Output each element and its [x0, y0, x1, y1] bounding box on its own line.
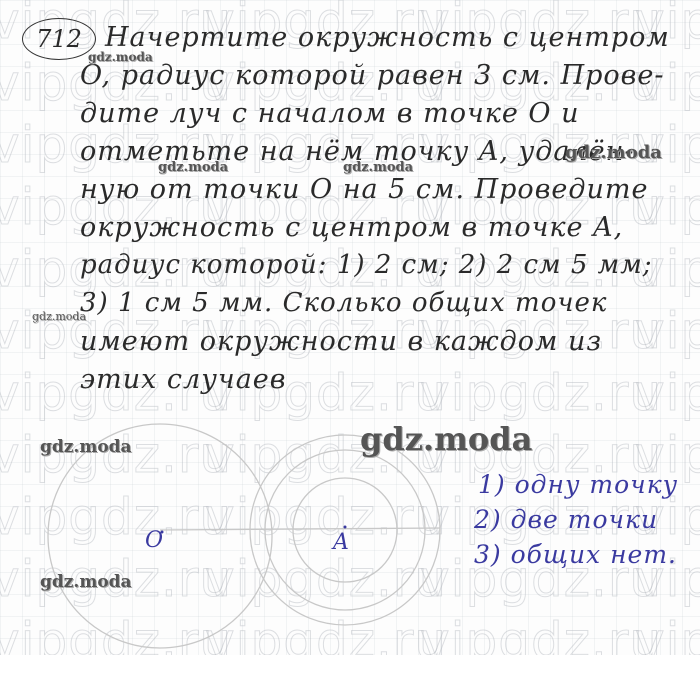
- answer-1: 1) одну точку: [478, 470, 678, 499]
- gdz-watermark: gdz.moda: [88, 50, 153, 64]
- point-A-label: A: [333, 530, 350, 555]
- gdz-watermark-large: gdz.moda: [360, 420, 532, 458]
- gdz-watermark: gdz.moda: [158, 160, 228, 175]
- point-O-label: O: [145, 528, 164, 553]
- gdz-watermark: gdz.moda: [40, 572, 132, 592]
- gdz-watermark: gdz.moda: [343, 160, 413, 175]
- point-A: [344, 526, 347, 529]
- answer-2: 2) две точки: [474, 505, 658, 534]
- ray-OA: [160, 528, 440, 530]
- gdz-watermark: gdz.moda: [565, 142, 662, 163]
- notebook-page: vipgdz.ruvipgdz.ruvipgdz.ruvipgdz.ruvipg…: [0, 0, 700, 655]
- answer-3: 3) общих нет.: [474, 540, 677, 569]
- gdz-watermark: gdz.moda: [32, 310, 86, 323]
- gdz-watermark: gdz.moda: [40, 437, 132, 457]
